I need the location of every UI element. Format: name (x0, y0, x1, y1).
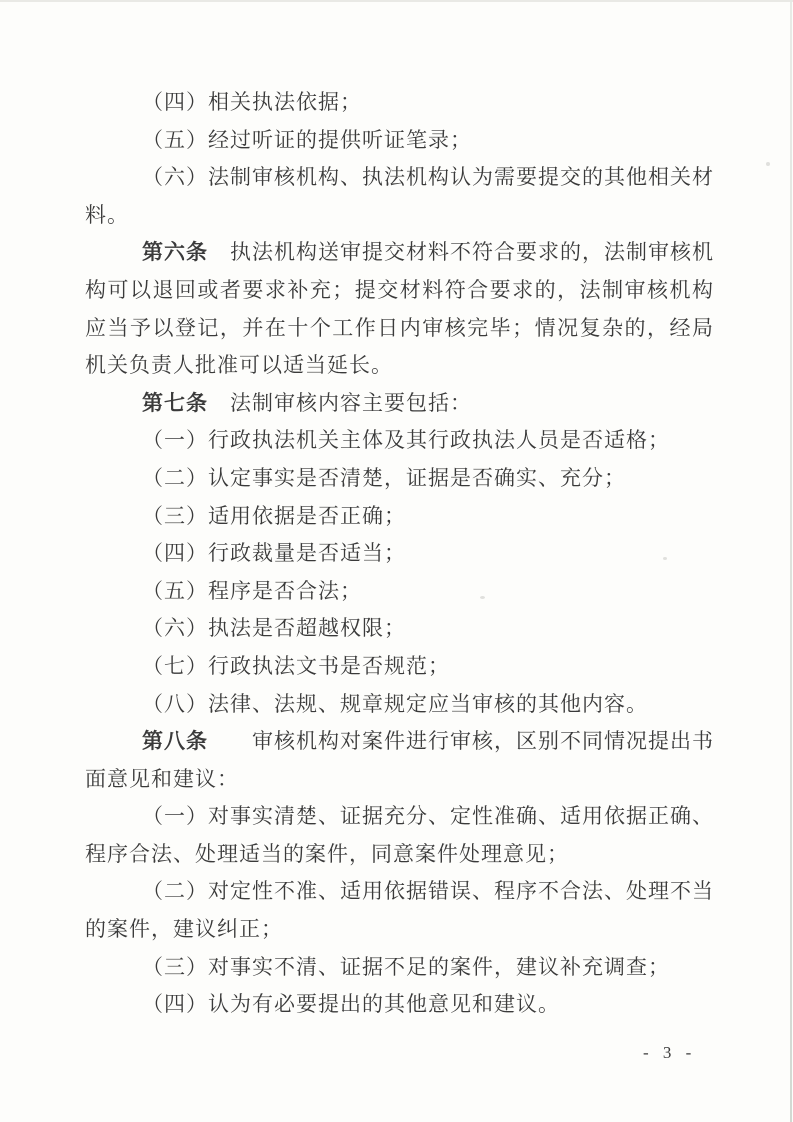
text-line: （一）对事实清楚、证据充分、定性准确、适用依据正确、 (85, 798, 713, 836)
text-line: 的案件，建议纠正； (85, 911, 713, 949)
text-line: （六）执法是否超越权限； (85, 610, 713, 648)
text-line: 应当予以登记，并在十个工作日内审核完毕；情况复杂的，经局 (85, 310, 713, 348)
text-line: （二）认定事实是否清楚，证据是否确实、充分； (85, 460, 713, 498)
article-number: 第七条 (142, 391, 208, 415)
text-line: 第六条 执法机构送审提交材料不符合要求的，法制审核机 (85, 234, 713, 272)
text-line: 第八条 审核机构对案件进行审核，区别不同情况提出书 (85, 723, 713, 761)
scanned-document-page: （四）相关执法依据；（五）经过听证的提供听证笔录；（六）法制审核机构、执法机构认… (0, 0, 793, 1122)
text-line: （七）行政执法文书是否规范； (85, 648, 713, 686)
text-line: 机关负责人批准可以适当延长。 (85, 347, 713, 385)
text-line: 面意见和建议： (85, 761, 713, 799)
text-line: 构可以退回或者要求补充；提交材料符合要求的，法制审核机构 (85, 272, 713, 310)
page-number: - 3 - (643, 1038, 713, 1068)
text-line: （一）行政执法机关主体及其行政执法人员是否适格； (85, 422, 713, 460)
text-line: 程序合法、处理适当的案件，同意案件处理意见； (85, 836, 713, 874)
text-line: （四）行政裁量是否适当； (85, 535, 713, 573)
text-line: 第七条 法制审核内容主要包括： (85, 385, 713, 423)
scan-noise-speck (766, 162, 770, 166)
text-line: （二）对定性不准、适用依据错误、程序不合法、处理不当 (85, 873, 713, 911)
text-line: （五）经过听证的提供听证笔录； (85, 122, 713, 160)
text-line: （八）法律、法规、规章规定应当审核的其他内容。 (85, 686, 713, 724)
text-line: （六）法制审核机构、执法机构认为需要提交的其他相关材 (85, 159, 713, 197)
text-line: 料。 (85, 197, 713, 235)
text-line: （五）程序是否合法； (85, 573, 713, 611)
document-body: （四）相关执法依据；（五）经过听证的提供听证笔录；（六）法制审核机构、执法机构认… (85, 84, 713, 1024)
scan-edge-top (0, 0, 793, 2)
text-line: （三）对事实不清、证据不足的案件，建议补充调查； (85, 949, 713, 987)
text-line: （四）相关执法依据； (85, 84, 713, 122)
text-line: （三）适用依据是否正确； (85, 498, 713, 536)
scan-edge-shadow (790, 0, 792, 1122)
article-number: 第六条 (142, 240, 208, 264)
text-line: （四）认为有必要提出的其他意见和建议。 (85, 986, 713, 1024)
article-number: 第八条 (142, 729, 208, 753)
